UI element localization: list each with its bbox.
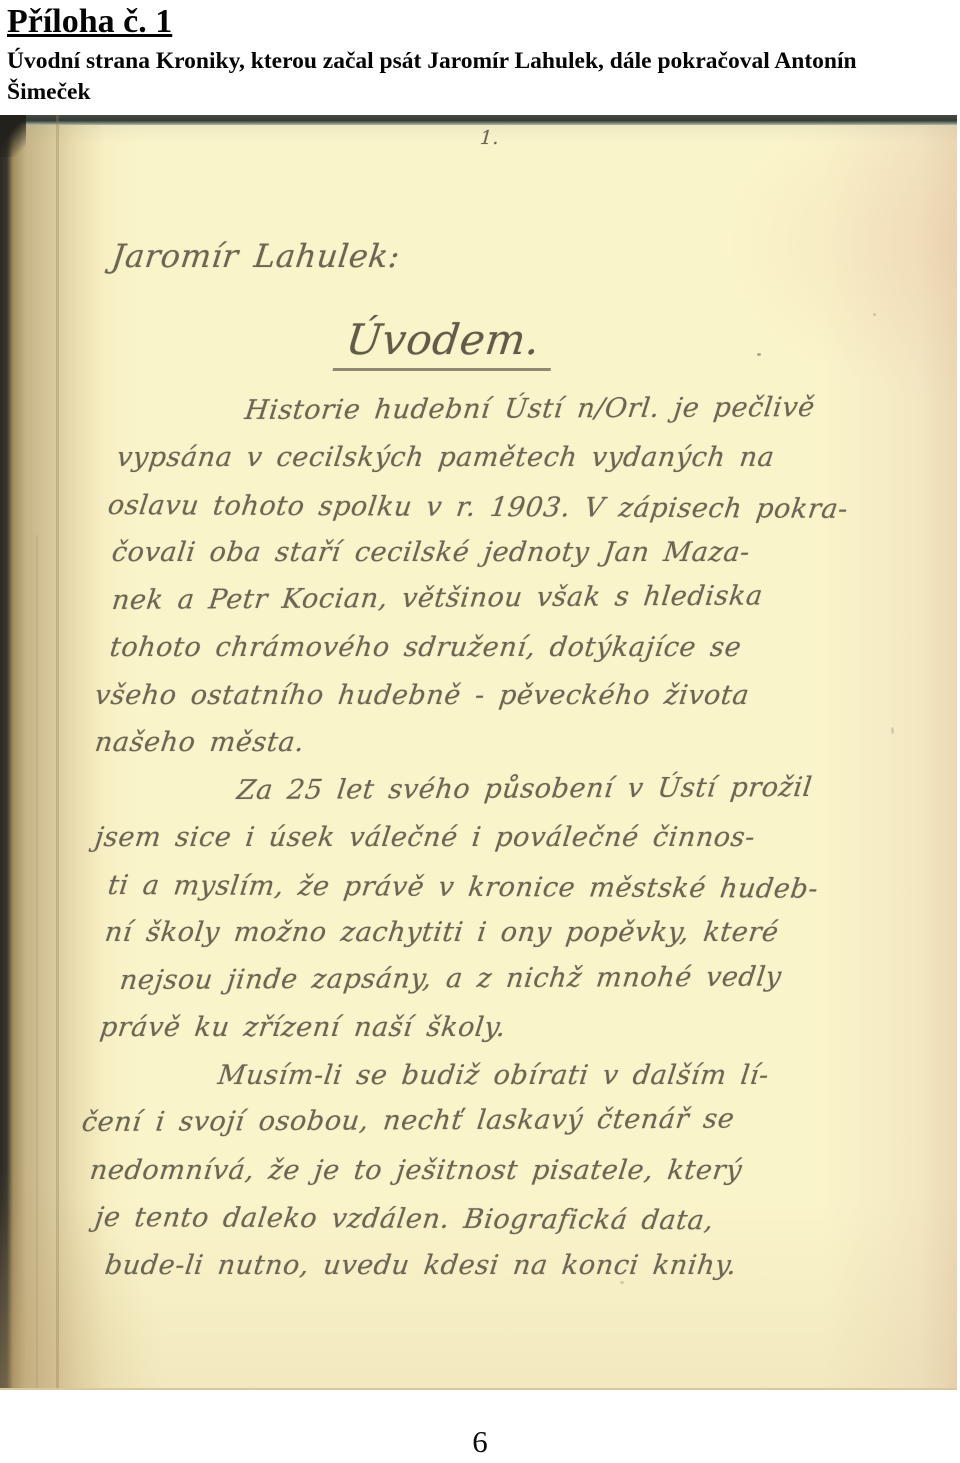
scan-corner-shadow [0, 115, 26, 157]
manuscript-line: našeho města. [93, 726, 307, 760]
appendix-title: Příloha č. 1 [7, 0, 947, 44]
manuscript-author-line: Jaromír Lahulek: [110, 237, 403, 275]
manuscript-line: nejsou jinde zapsány, a z nichž mnohé ve… [118, 961, 783, 998]
manuscript-line: tohoto chrámového sdružení, dotýkajíce s… [108, 631, 744, 665]
manuscript-line: Historie hudební Ústí n/Orl. je pečlivě [243, 391, 817, 428]
document-header: Příloha č. 1 Úvodní strana Kroniky, kter… [7, 0, 947, 108]
pdf-page-number: 6 [0, 1424, 960, 1460]
document-page: Příloha č. 1 Úvodní strana Kroniky, kter… [0, 0, 960, 1463]
book-gutter-crease [56, 115, 59, 1388]
manuscript-line: čovali oba staří cecilské jednoty Jan Ma… [110, 536, 752, 570]
scanned-chronicle-image: 1. Jaromír Lahulek: Úvodem. Historie hud… [0, 115, 957, 1390]
manuscript-line: je tento daleko vzdálen. Biografická dat… [93, 1201, 716, 1238]
manuscript-line: Za 25 let svého působení v Ústí prožil [235, 771, 814, 808]
manuscript-line: nek a Petr Kocian, většinou však s hledi… [110, 579, 765, 618]
manuscript-line: právě ku zřízení naší školy. [98, 1011, 508, 1045]
manuscript-line: Musím-li se budiž obírati v dalším lí- [216, 1059, 771, 1093]
manuscript-page-number: 1. [479, 127, 500, 149]
book-gutter-crease [36, 535, 38, 1390]
paper-speck [757, 353, 761, 356]
manuscript-line: nedomnívá, že je to ješitnost pisatele, … [88, 1154, 744, 1188]
manuscript-line: všeho ostatního hudebně - pěveckého živo… [93, 679, 751, 713]
paper-speck [873, 313, 876, 316]
manuscript-line: ní školy možno zachytiti i ony popěvky, … [103, 916, 781, 950]
manuscript-line: jsem sice i úsek válečné i poválečné čin… [93, 821, 757, 855]
scan-top-shadow [0, 115, 957, 125]
manuscript-line: oslavu tohoto spolku v r. 1903. V zápise… [106, 489, 850, 527]
manuscript-line: bude-li nutno, uvedu kdesi na konci knih… [103, 1249, 739, 1283]
manuscript-line: ti a myslím, že právě v kronice městské … [106, 869, 820, 907]
manuscript-line: čení i svojí osobou, nechť laskavý čtená… [80, 1103, 736, 1140]
manuscript-heading: Úvodem. [333, 315, 557, 371]
appendix-subtitle: Úvodní strana Kroniky, kterou začal psát… [7, 46, 942, 108]
manuscript-line: vypsána v cecilských pamětech vydaných n… [115, 441, 776, 475]
paper-speck [891, 727, 894, 734]
